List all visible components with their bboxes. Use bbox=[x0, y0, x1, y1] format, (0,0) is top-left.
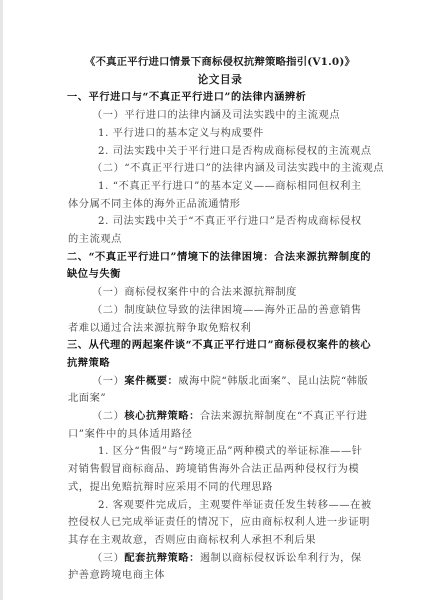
toc-subsection-3-1-bold: 案件概要： bbox=[124, 375, 178, 387]
toc-item-1-2-1[interactable]: 1. “不真正平行进口”的基本定义——商标相同但权利主体分属不同主体的海外正品流… bbox=[68, 178, 372, 213]
page-left-edge bbox=[0, 0, 3, 600]
toc-subsection-3-3-prefix: （三） bbox=[92, 553, 124, 564]
toc-section-2[interactable]: 二、“不真正平行进口”情境下的法律困境：合法来源抗辩制度的缺位与失衡 bbox=[67, 249, 372, 284]
toc-item-1-1-2[interactable]: 2. 司法实践中关于平行进口是否构成商标侵权的主流观点 bbox=[68, 143, 372, 161]
toc-heading: 论文目录 bbox=[68, 72, 372, 90]
toc-section-3[interactable]: 三、从代理的两起案件谈“不真正平行进口”商标侵权案件的核心抗辩策略 bbox=[67, 337, 372, 372]
toc-item-3-2-1[interactable]: 1. 区分“售假”与“跨境正品”两种模式的举证标准——针对销售假冒商标商品、跨境… bbox=[68, 443, 372, 496]
toc-subsection-2-1[interactable]: （一）商标侵权案件中的合法来源抗辩制度 bbox=[68, 284, 372, 302]
toc-subsection-2-2[interactable]: （二）制度缺位导致的法律困境——海外正品的善意销售者难以通过合法来源抗辩争取免赔… bbox=[68, 302, 372, 337]
toc-subsection-3-2-bold: 核心抗辩策略： bbox=[124, 410, 200, 422]
toc-subsection-1-1[interactable]: （一）平行进口的法律内涵及司法实践中的主流观点 bbox=[68, 107, 372, 125]
toc-subsection-3-1-prefix: （一） bbox=[92, 376, 124, 387]
toc-section-1[interactable]: 一、平行进口与“不真正平行进口”的法律内涵辨析 bbox=[67, 89, 372, 107]
document-title: 《不真正平行进口情景下商标侵权抗辩策略指引(V1.0)》 bbox=[68, 54, 372, 72]
toc-item-1-2-2[interactable]: 2. 司法实践中关于“不真正平行进口”是否构成商标侵权的主流观点 bbox=[68, 213, 372, 248]
toc-item-3-2-2[interactable]: 2. 客观要件完成后，主观要件举证责任发生转移——在被控侵权人已完成举证责任的情… bbox=[68, 497, 372, 550]
toc-subsection-3-2-prefix: （二） bbox=[92, 411, 124, 422]
toc-subsection-3-3[interactable]: （三）配套抗辩策略：遏制以商标侵权诉讼牟利行为，保护善意跨境电商主体 bbox=[68, 550, 372, 585]
document-page: 《不真正平行进口情景下商标侵权抗辩策略指引(V1.0)》 论文目录 一、平行进口… bbox=[68, 54, 372, 585]
toc-subsection-3-3-bold: 配套抗辩策略： bbox=[124, 552, 200, 564]
toc-subsection-3-2[interactable]: （二）核心抗辩策略：合法来源抗辩制度在“不真正平行进口”案件中的具体适用路径 bbox=[68, 408, 372, 443]
toc-subsection-3-1[interactable]: （一）案件概要：威海中院“韩版北面案”、昆山法院“韩版北面案” bbox=[68, 373, 372, 408]
toc-item-1-1-1[interactable]: 1. 平行进口的基本定义与构成要件 bbox=[68, 125, 372, 143]
toc-subsection-1-2[interactable]: （二）“不真正平行进口”的法律内涵及司法实践中的主流观点 bbox=[68, 160, 372, 178]
